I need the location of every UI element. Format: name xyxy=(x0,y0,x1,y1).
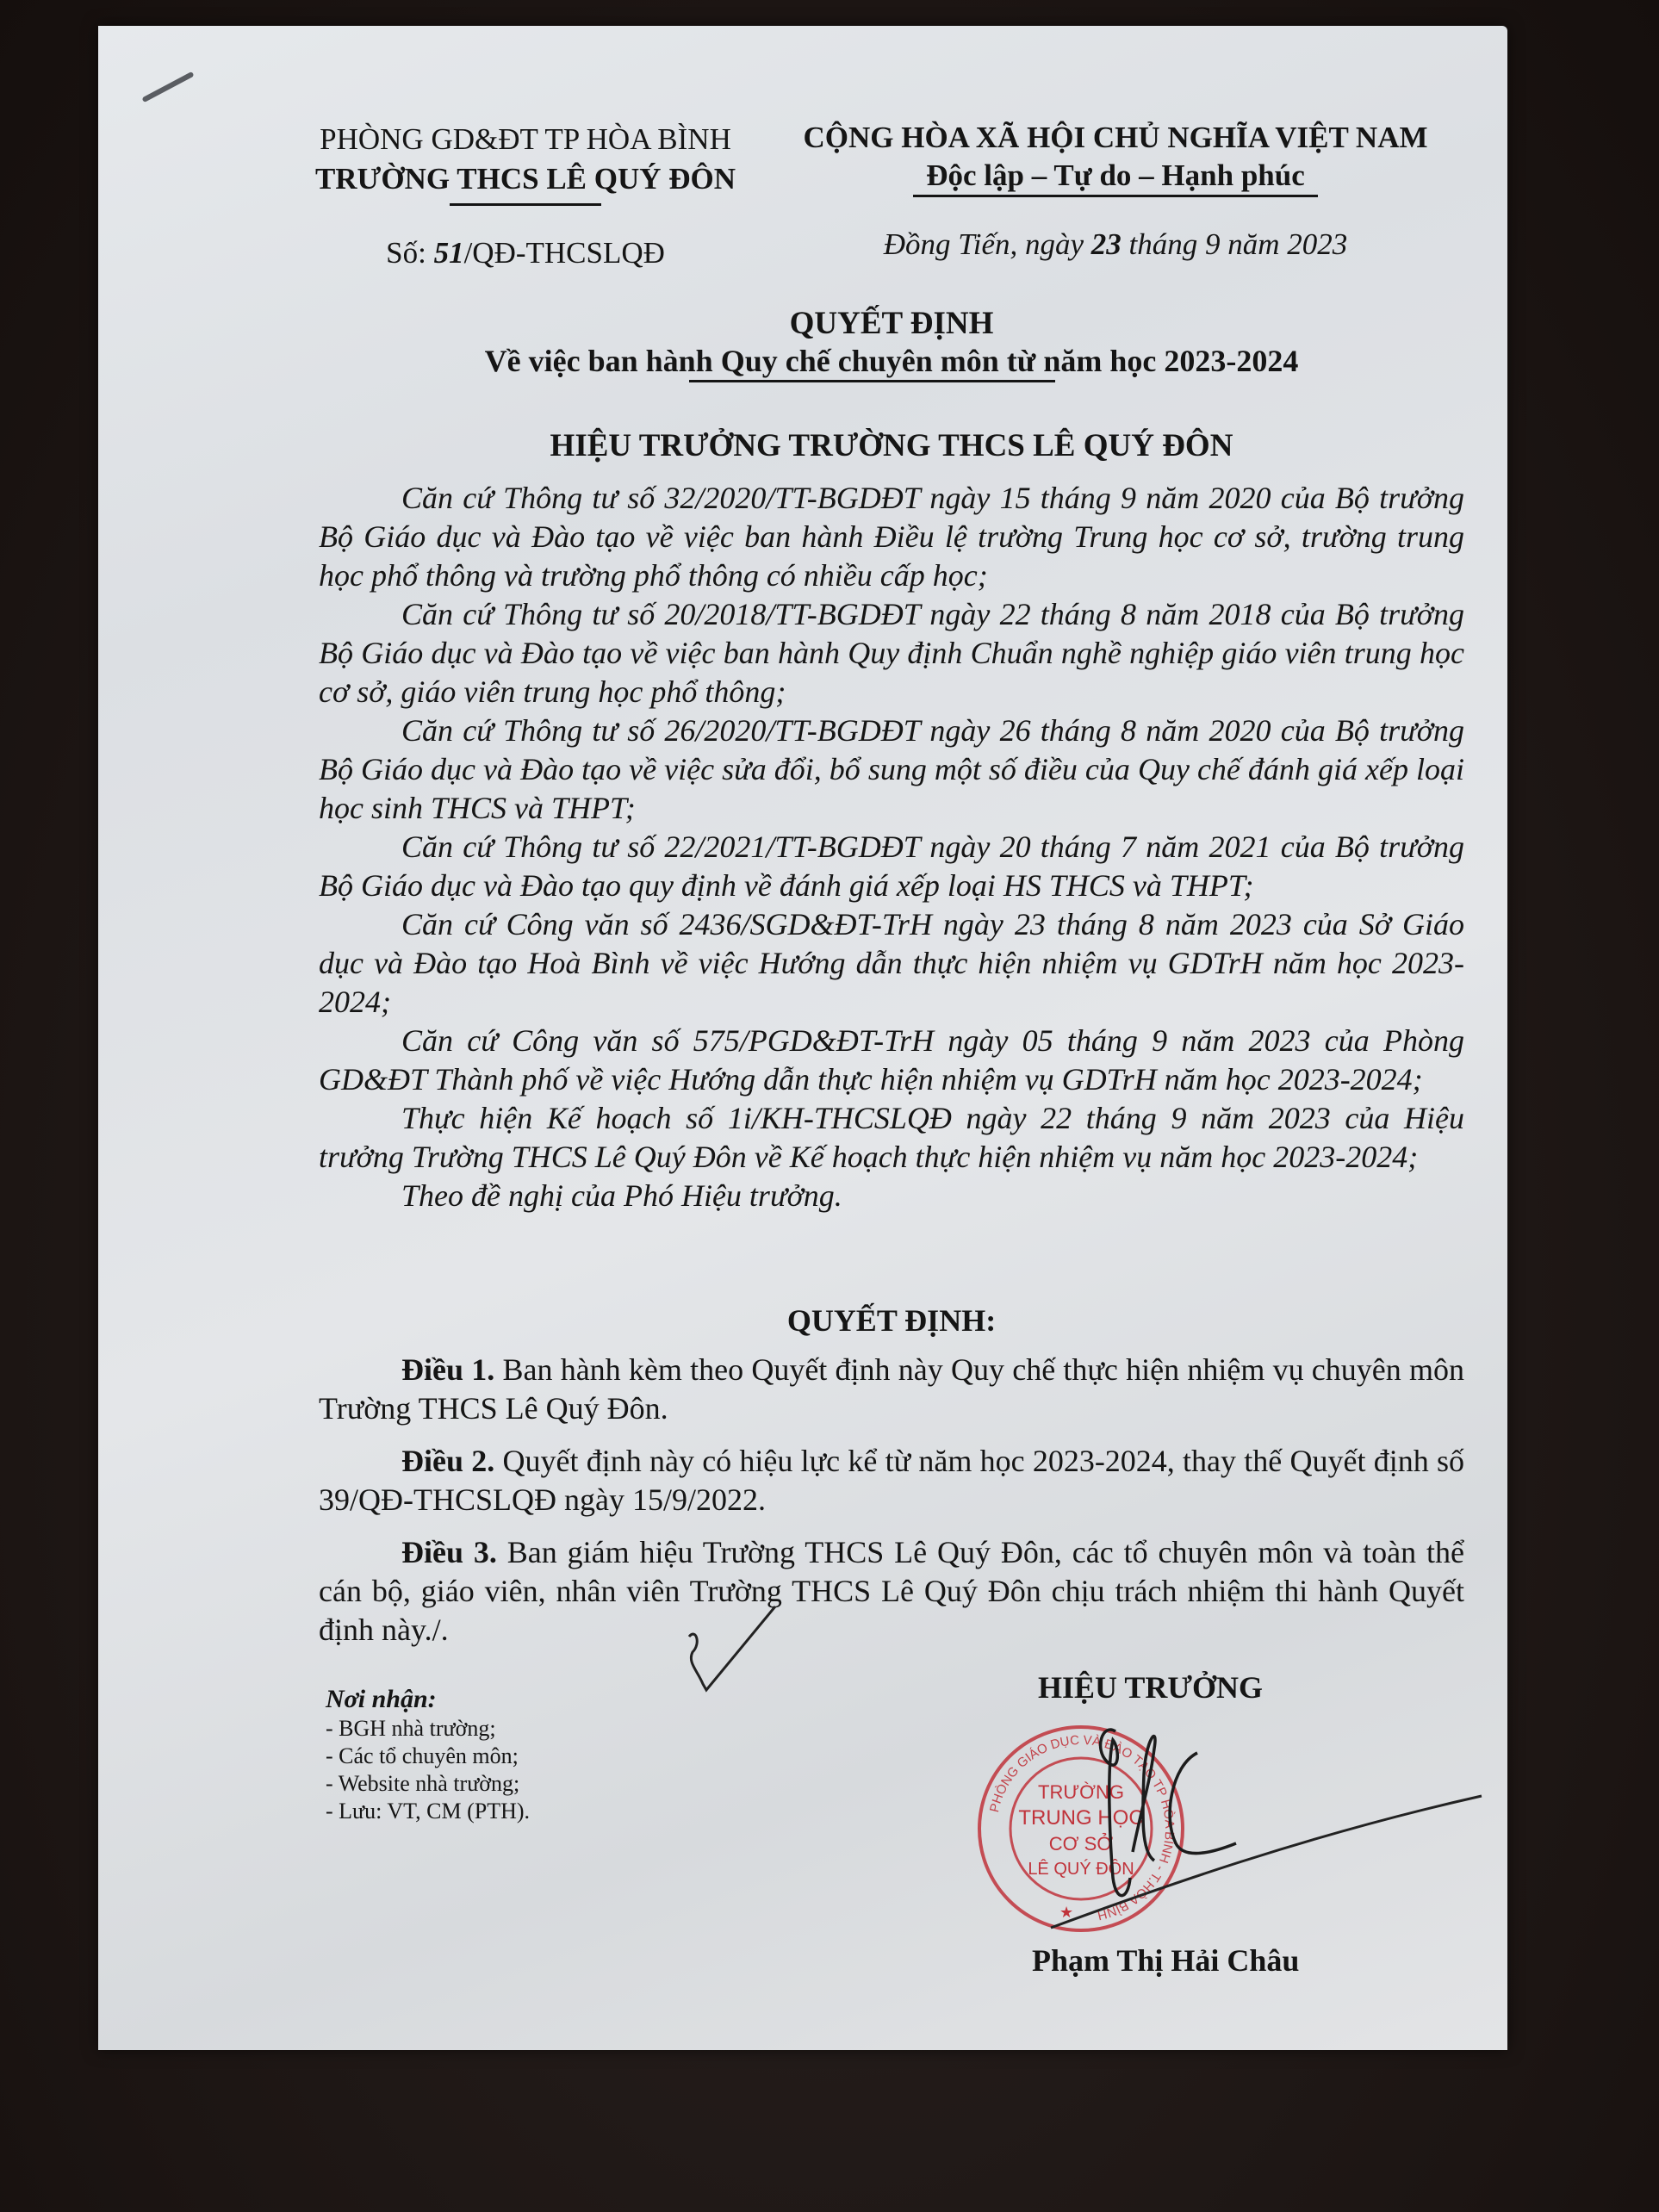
document-number-value: 51 xyxy=(434,236,464,270)
handwritten-signature xyxy=(1034,1714,1516,1938)
issuing-department: PHÒNG GD&ĐT TP HÒA BÌNH xyxy=(284,121,767,158)
recipients-block: Nơi nhận: - BGH nhà trường; - Các tổ chu… xyxy=(326,1684,530,1825)
signer-title: HIỆU TRƯỞNG xyxy=(1038,1669,1263,1706)
preamble-item: Căn cứ Thông tư số 32/2020/TT-BGDĐT ngày… xyxy=(319,479,1464,595)
preamble-item: Căn cứ Thông tư số 20/2018/TT-BGDĐT ngày… xyxy=(319,595,1464,711)
preamble-item: Căn cứ Công văn số 2436/SGD&ĐT-TrH ngày … xyxy=(319,905,1464,1022)
motto-underline xyxy=(913,195,1318,197)
recipient-item: - Lưu: VT, CM (PTH). xyxy=(326,1798,530,1825)
preamble: Căn cứ Thông tư số 32/2020/TT-BGDĐT ngày… xyxy=(319,479,1464,1215)
preamble-item: Thực hiện Kế hoạch số 1i/KH-THCSLQĐ ngày… xyxy=(319,1099,1464,1177)
signer-name: Phạm Thị Hải Châu xyxy=(1032,1942,1299,1979)
document-subtitle: Về việc ban hành Quy chế chuyên môn từ n… xyxy=(319,343,1464,379)
recipient-item: - Website nhà trường; xyxy=(326,1770,530,1798)
recipients-title: Nơi nhận: xyxy=(326,1684,530,1715)
preamble-item: Căn cứ Công văn số 575/PGD&ĐT-TrH ngày 0… xyxy=(319,1022,1464,1099)
national-title: CỘNG HÒA XÃ HỘI CHỦ NGHĨA VIỆT NAM xyxy=(784,119,1447,157)
school-name: TRƯỜNG THCS LÊ QUÝ ĐÔN xyxy=(284,160,767,198)
subtitle-underline xyxy=(689,380,1055,382)
national-motto: Độc lập – Tự do – Hạnh phúc xyxy=(784,157,1447,195)
document-number: Số: 51/QĐ-THCSLQĐ xyxy=(284,234,767,272)
article-3: Điều 3. Ban giám hiệu Trường THCS Lê Quý… xyxy=(319,1533,1464,1650)
place-date: Đồng Tiến, ngày 23 tháng 9 năm 2023 xyxy=(784,226,1447,264)
article-2: Điều 2. Quyết định này có hiệu lực kể từ… xyxy=(319,1442,1464,1519)
article-1: Điều 1. Ban hành kèm theo Quyết định này… xyxy=(319,1351,1464,1428)
recipient-item: - BGH nhà trường; xyxy=(326,1715,530,1743)
recipient-item: - Các tổ chuyên môn; xyxy=(326,1743,530,1770)
authority-heading: HIỆU TRƯỞNG TRƯỜNG THCS LÊ QUÝ ĐÔN xyxy=(319,427,1464,464)
preamble-item: Căn cứ Thông tư số 22/2021/TT-BGDĐT ngày… xyxy=(319,828,1464,905)
decision-heading: QUYẾT ĐỊNH: xyxy=(319,1302,1464,1339)
school-name-underline xyxy=(450,203,601,206)
articles: Điều 1. Ban hành kèm theo Quyết định này… xyxy=(319,1351,1464,1663)
initial-mark xyxy=(672,1602,810,1706)
preamble-item: Theo đề nghị của Phó Hiệu trưởng. xyxy=(319,1177,1464,1215)
preamble-item: Căn cứ Thông tư số 26/2020/TT-BGDĐT ngày… xyxy=(319,711,1464,828)
date-day: 23 xyxy=(1091,227,1122,261)
document-title: QUYẾT ĐỊNH xyxy=(319,305,1464,342)
